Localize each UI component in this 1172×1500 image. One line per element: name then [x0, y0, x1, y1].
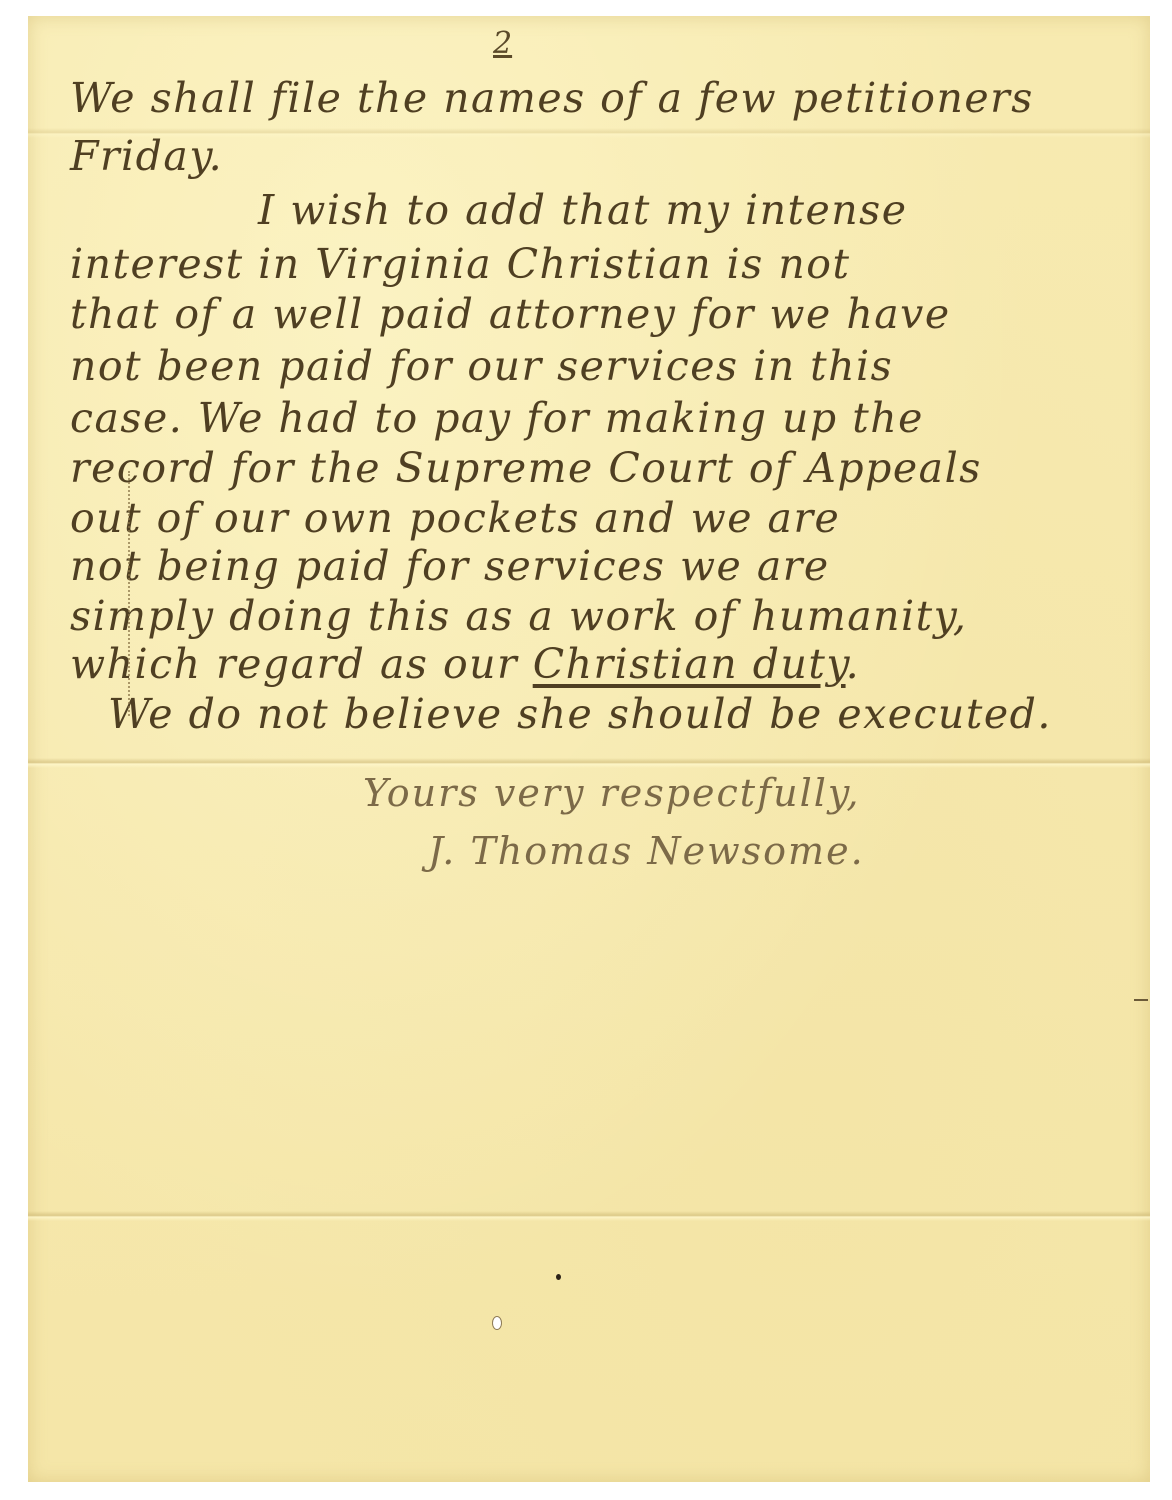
- page-number: 2: [493, 26, 512, 61]
- ink-spot: [556, 1274, 561, 1280]
- pin-hole: [492, 1316, 502, 1330]
- letter-line: We do not believe she should be executed…: [108, 688, 1052, 740]
- letter-line: not being paid for services we are: [70, 540, 830, 592]
- edge-tear: [1134, 999, 1148, 1001]
- letter-page: 2 We shall file the names of a few petit…: [28, 16, 1150, 1482]
- letter-line: which regard as our Christian duty.: [70, 638, 860, 690]
- letter-line: case. We had to pay for making up the: [70, 392, 924, 444]
- letter-line: out of our own pockets and we are: [70, 492, 840, 544]
- letter-line: record for the Supreme Court of Appeals: [70, 442, 982, 494]
- letter-line: I wish to add that my intense: [258, 184, 907, 236]
- margin-mark: [128, 471, 140, 716]
- letter-line: interest in Virginia Christian is not: [70, 238, 850, 290]
- paper-fold: [28, 758, 1150, 768]
- paper-fold: [28, 1211, 1150, 1221]
- line-end-punctuation: .: [846, 640, 861, 688]
- signature: J. Thomas Newsome.: [428, 826, 865, 876]
- closing: Yours very respectfully,: [363, 768, 860, 818]
- underlined-phrase: Christian duty: [533, 640, 846, 688]
- letter-line: Friday.: [70, 130, 223, 182]
- letter-line: that of a well paid attorney for we have: [70, 288, 951, 340]
- letter-line: simply doing this as a work of humanity,: [70, 590, 967, 642]
- letter-line: We shall file the names of a few petitio…: [70, 72, 1034, 124]
- letter-line: not been paid for our services in this: [70, 340, 893, 392]
